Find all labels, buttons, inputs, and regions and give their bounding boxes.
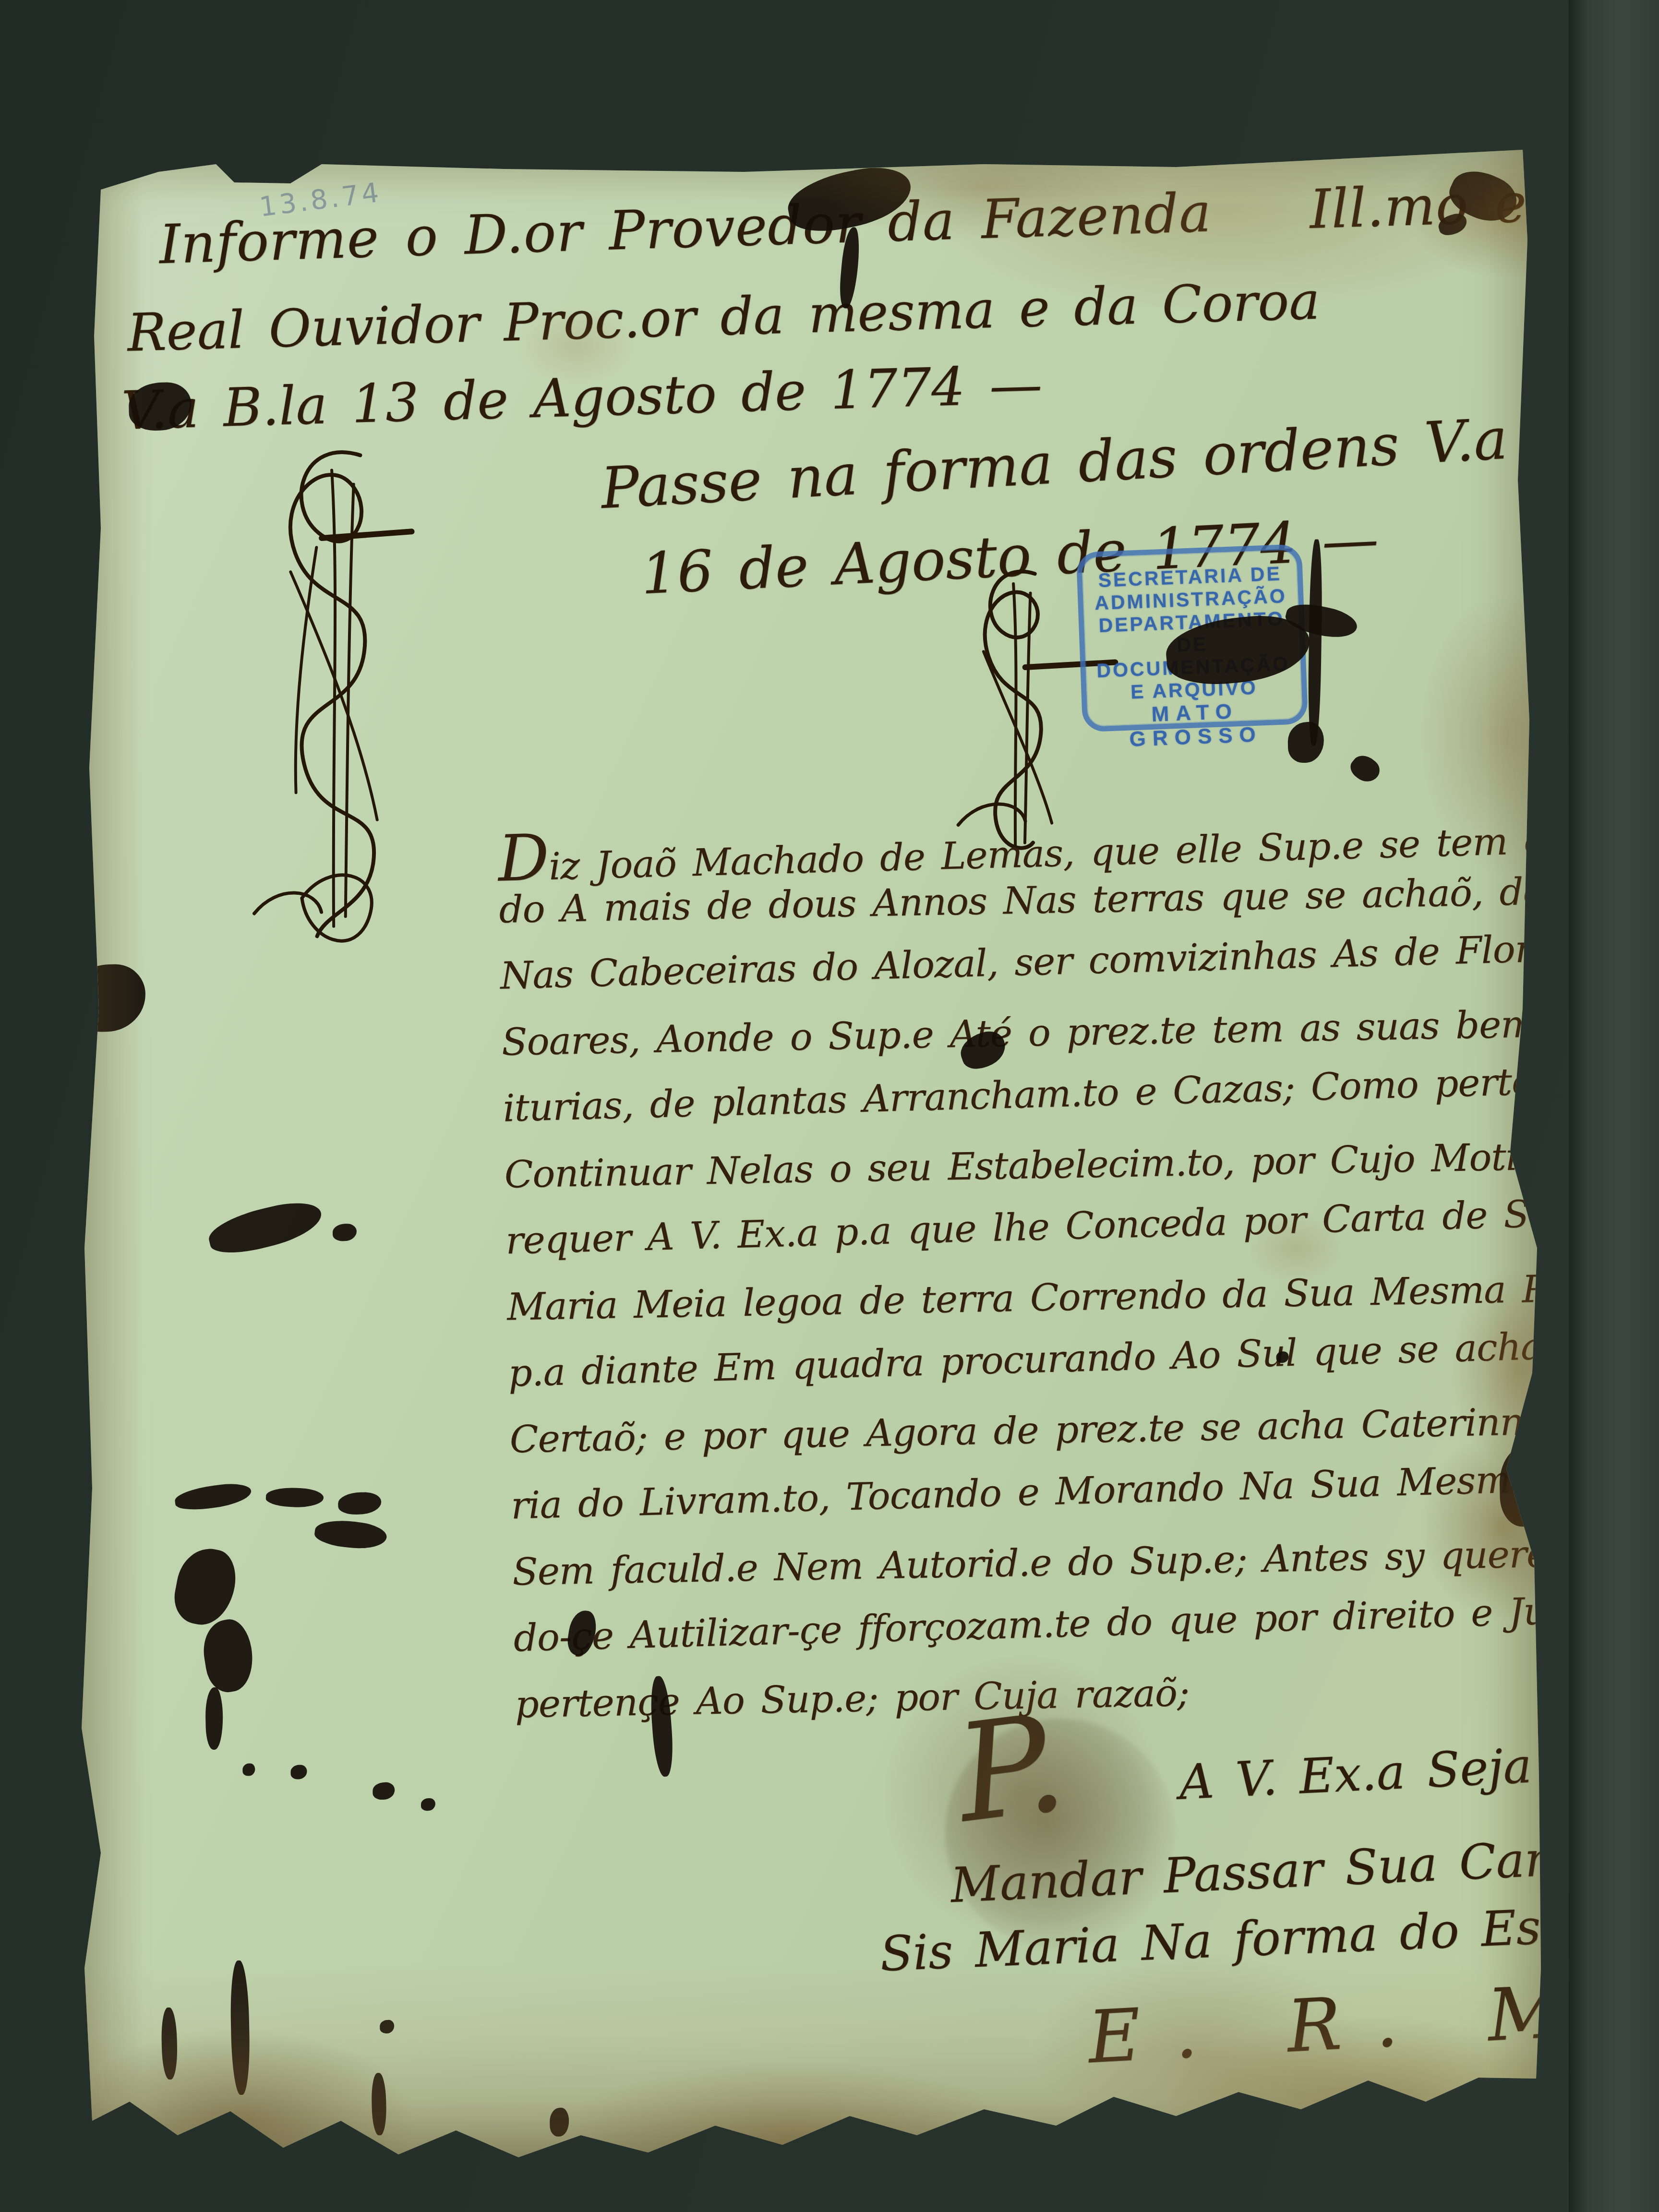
ink-blot [161,2008,178,2080]
ink-blot [242,1763,255,1776]
ink-blot [265,1487,324,1509]
stamp-line: SECRETARIA DE ADMINISTRAÇÃO [1087,562,1294,615]
paper-sheet: 13.8.74 Informe o D.or Provedor da Fazen… [72,144,1541,2170]
ink-blot [371,2073,387,2136]
ink-blot [170,1543,241,1630]
header-line-2: Real Ouvidor Proc.or da mesma e da Coroa [127,271,1321,363]
header-line-1: Informe o D.or Provedor da Fazenda Ill.m… [158,162,1659,276]
ink-blot [1287,721,1324,763]
page-content: 13.8.74 Informe o D.or Provedor da Fazen… [52,130,1561,2185]
ink-blot [68,964,146,1033]
ink-blot [205,1196,326,1260]
ink-blot [199,1616,258,1695]
stamp-line: MATO GROSSO [1092,697,1299,753]
petition-body: Diz Joaõ Machado de Lemas, que elle Sup.… [497,798,1659,1749]
rubric-signature-left [216,425,437,958]
ink-blot [313,1517,388,1551]
ink-blot [380,2020,395,2034]
ink-blot [174,1481,252,1513]
ink-blot [1499,1444,1553,1527]
closing-initial: P. [949,1684,1073,1853]
ink-blot [205,1687,224,1750]
ink-blot [550,2107,569,2137]
ink-blot [290,1765,307,1779]
ink-blot [373,1782,395,1800]
scanned-document-photo: 13.8.74 Informe o D.or Provedor da Fazen… [0,0,1659,2212]
ink-blot [1346,750,1384,787]
ink-blot [421,1798,436,1811]
ink-blot [333,1224,357,1241]
ink-blot [229,1960,251,2095]
background-binding-edge [1569,0,1659,2212]
ink-blot [338,1492,382,1515]
